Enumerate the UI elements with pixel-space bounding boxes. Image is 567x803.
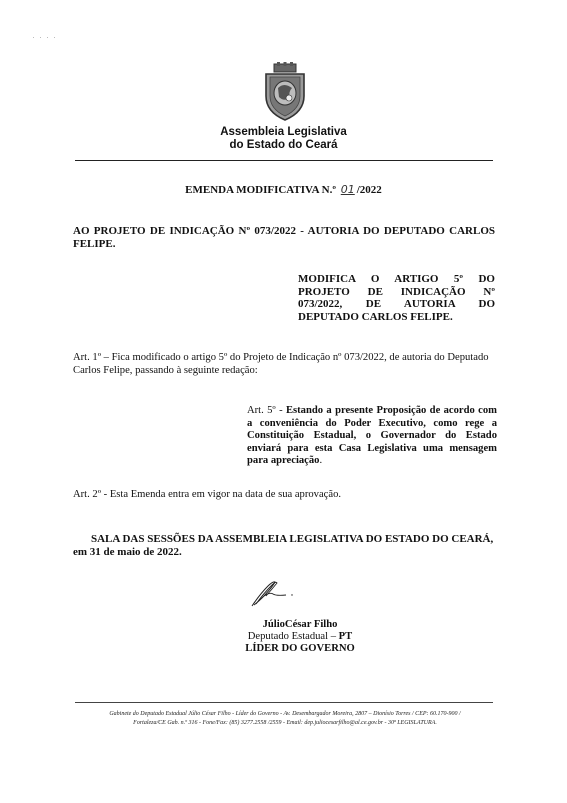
document-subject: AO PROJETO DE INDICAÇÃO Nº 073/2022 - AU… (73, 225, 495, 264)
article-2: Art. 2º - Esta Emenda entra em vigor na … (73, 489, 497, 502)
article-5-label: Art. 5º - (247, 405, 286, 416)
document-title: EMENDA MODIFICATIVA N.º 01/2022 (0, 183, 567, 196)
organization-name-line1: Assembleia Legislativa (0, 126, 567, 139)
title-year: /2022 (357, 184, 382, 196)
signer-role-text: Deputado Estadual – (248, 631, 339, 642)
session-room-date: SALA DAS SESSÕES DA ASSEMBLEIA LEGISLATI… (73, 533, 503, 559)
amendment-number: 01 (339, 183, 357, 196)
handwritten-signature-icon (246, 578, 306, 608)
article-1: Art. 1º – Fica modificado o artigo 5º do… (73, 352, 497, 377)
ementa: MODIFICA O ARTIGO 5º DO PROJETO DE INDIC… (298, 273, 495, 323)
scan-specks (33, 25, 73, 28)
signer-party: PT (339, 631, 353, 642)
signer-name: JúlioCésar Filho (200, 619, 400, 632)
ceara-coat-of-arms-icon (262, 62, 308, 122)
title-prefix: EMENDA MODIFICATIVA N.º (185, 184, 336, 196)
footer-line-1: Gabinete do Deputado Estadual Júlio Césa… (70, 710, 500, 719)
header-divider (75, 160, 493, 161)
footer-divider (75, 702, 493, 703)
article-5-quote: Art. 5º - Estando a presente Proposição … (247, 405, 497, 468)
signer-role: Deputado Estadual – PT (200, 631, 400, 644)
signer-title: LÍDER DO GOVERNO (200, 643, 400, 656)
article-5-end: . (319, 455, 322, 466)
footer-address: Gabinete do Deputado Estadual Júlio Césa… (70, 710, 500, 728)
organization-name-line2: do Estado do Ceará (0, 139, 567, 152)
footer-line-2: Fortaleza/CE Gab. n.º 316 - Fone/Fax: (8… (70, 719, 500, 728)
